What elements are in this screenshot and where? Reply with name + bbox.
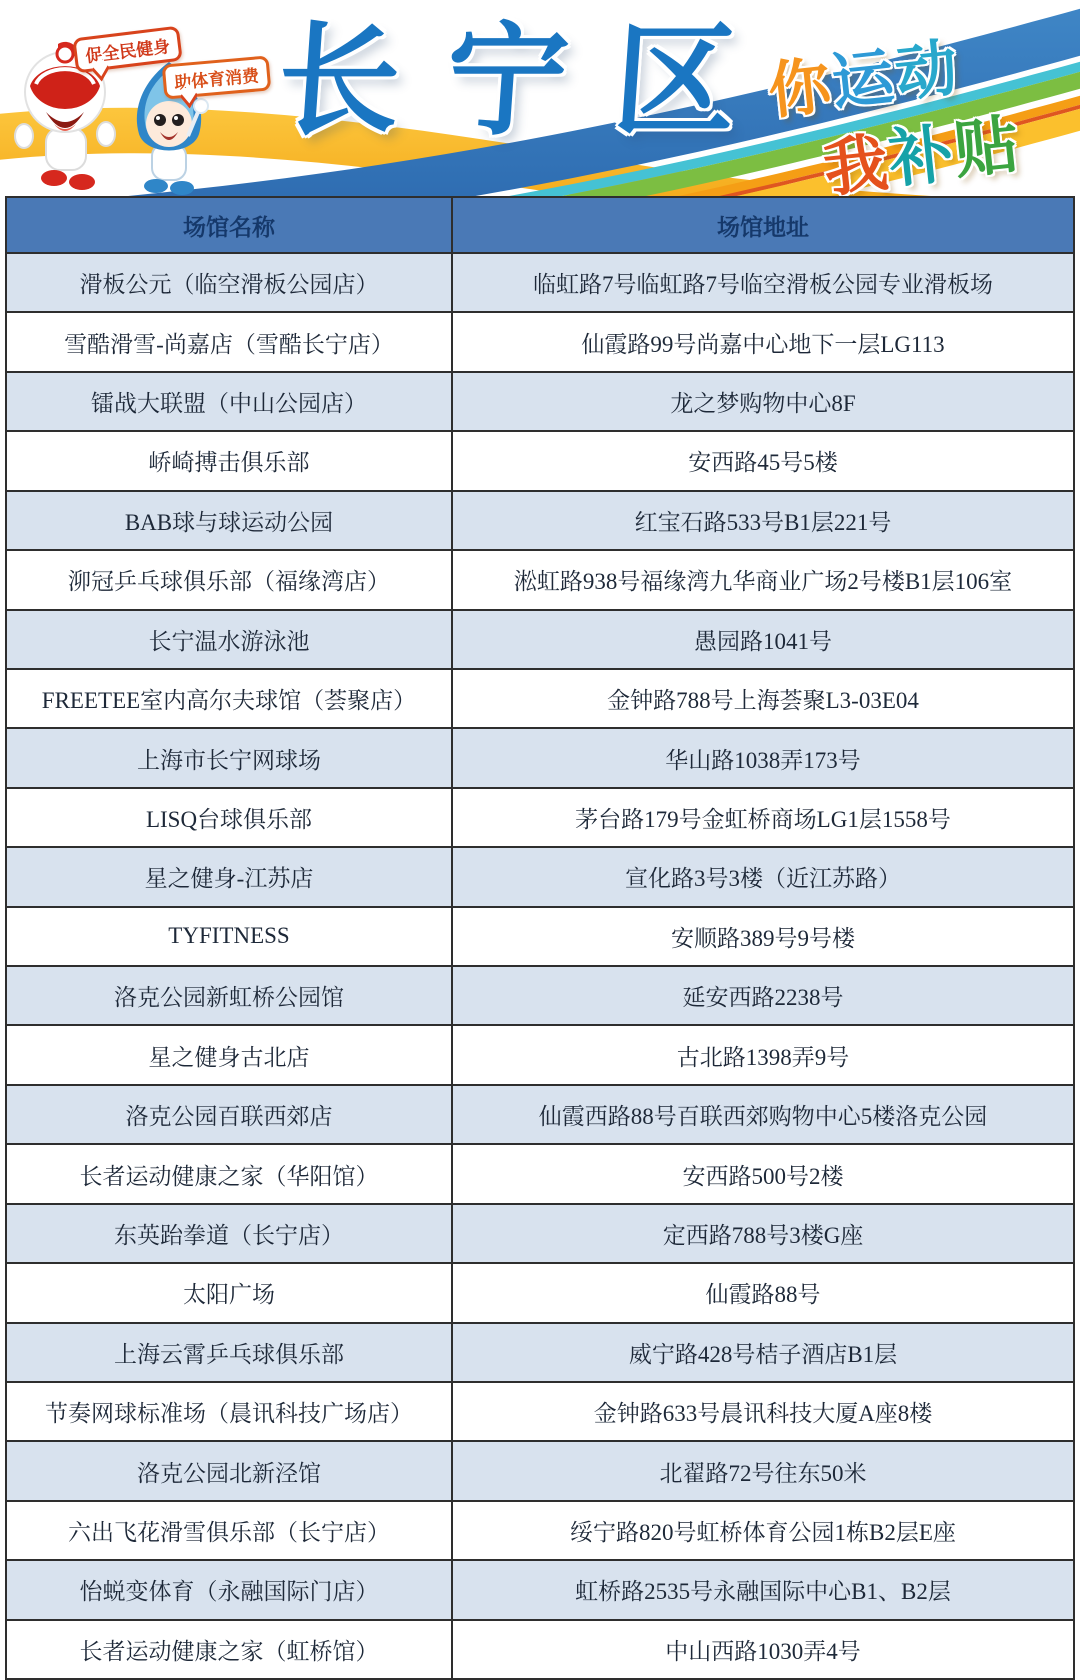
- table-row: 怡蜕变体育（永融国际门店） 虹桥路2535号永融国际中心B1、B2层: [7, 1559, 1073, 1618]
- table-row: BAB球与球运动公园 红宝石路533号B1层221号: [7, 490, 1073, 549]
- venue-name-cell: 六出飞花滑雪俱乐部（长宁店）: [7, 1502, 453, 1559]
- venue-address-cell: 虹桥路2535号永融国际中心B1、B2层: [453, 1561, 1073, 1618]
- venue-address-cell: 华山路1038弄173号: [453, 729, 1073, 786]
- venue-address-cell: 淞虹路938号福缘湾九华商业广场2号楼B1层106室: [453, 551, 1073, 608]
- table-row: LISQ台球俱乐部 茅台路179号金虹桥商场LG1层1558号: [7, 787, 1073, 846]
- venue-name-cell: 洛克公园北新泾馆: [7, 1442, 453, 1499]
- table-row: 滑板公元（临空滑板公园店） 临虹路7号临虹路7号临空滑板公园专业滑板场: [7, 252, 1073, 311]
- table-row: 峤崎搏击俱乐部 安西路45号5楼: [7, 430, 1073, 489]
- table-row: 长者运动健康之家（虹桥馆） 中山西路1030弄4号: [7, 1619, 1073, 1678]
- venue-name-cell: 长宁温水游泳池: [7, 611, 453, 668]
- table-row: 长者运动健康之家（华阳馆） 安西路500号2楼: [7, 1143, 1073, 1202]
- venue-name-cell: 长者运动健康之家（华阳馆）: [7, 1145, 453, 1202]
- table-row: 长宁温水游泳池 愚园路1041号: [7, 609, 1073, 668]
- banner: 促全民健身 助体育消费 长宁区 你运动 我补贴: [0, 0, 1080, 196]
- venue-name-cell: 泖冠乒乓球俱乐部（福缘湾店）: [7, 551, 453, 608]
- venue-address-cell: 金钟路633号晨讯科技大厦A座8楼: [453, 1383, 1073, 1440]
- slogan-char: 我: [819, 112, 892, 196]
- table-row: 东英跆拳道（长宁店） 定西路788号3楼G座: [7, 1203, 1073, 1262]
- venue-name-cell: 洛克公园百联西郊店: [7, 1086, 453, 1143]
- venue-address-cell: 绥宁路820号虹桥体育公园1栋B2层E座: [453, 1502, 1073, 1559]
- venue-address-cell: 仙霞路99号尚嘉中心地下一层LG113: [453, 313, 1073, 370]
- table-row: 雪酷滑雪-尚嘉店（雪酷长宁店） 仙霞路99号尚嘉中心地下一层LG113: [7, 311, 1073, 370]
- venue-table-body: 滑板公元（临空滑板公园店） 临虹路7号临虹路7号临空滑板公园专业滑板场 雪酷滑雪…: [7, 252, 1073, 1678]
- table-row: 节奏网球标准场（晨讯科技广场店） 金钟路633号晨讯科技大厦A座8楼: [7, 1381, 1073, 1440]
- venue-address-cell: 安西路45号5楼: [453, 432, 1073, 489]
- venue-name-cell: 太阳广场: [7, 1264, 453, 1321]
- venue-name-cell: 星之健身-江苏店: [7, 848, 453, 905]
- venue-address-cell: 北翟路72号往东50米: [453, 1442, 1073, 1499]
- venue-address-cell: 金钟路788号上海荟聚L3-03E04: [453, 670, 1073, 727]
- venue-name-cell: 峤崎搏击俱乐部: [7, 432, 453, 489]
- venue-name-cell: 星之健身古北店: [7, 1026, 453, 1083]
- venue-name-cell: TYFITNESS: [7, 908, 453, 965]
- venue-address-cell: 安顺路389号9号楼: [453, 908, 1073, 965]
- table-row: 洛克公园新虹桥公园馆 延安西路2238号: [7, 965, 1073, 1024]
- table-row: 洛克公园北新泾馆 北翟路72号往东50米: [7, 1440, 1073, 1499]
- venue-name-cell: 怡蜕变体育（永融国际门店）: [7, 1561, 453, 1618]
- venue-address-cell: 定西路788号3楼G座: [453, 1205, 1073, 1262]
- table-row: 太阳广场 仙霞路88号: [7, 1262, 1073, 1321]
- venue-name-cell: 上海云霄乒乓球俱乐部: [7, 1324, 453, 1381]
- table-row: 上海市长宁网球场 华山路1038弄173号: [7, 727, 1073, 786]
- venue-address-cell: 古北路1398弄9号: [453, 1026, 1073, 1083]
- venue-address-cell: 红宝石路533号B1层221号: [453, 492, 1073, 549]
- venue-name-cell: LISQ台球俱乐部: [7, 789, 453, 846]
- venue-address-cell: 仙霞路88号: [453, 1264, 1073, 1321]
- venue-address-cell: 茅台路179号金虹桥商场LG1层1558号: [453, 789, 1073, 846]
- table-row: 星之健身古北店 古北路1398弄9号: [7, 1024, 1073, 1083]
- venue-address-cell: 临虹路7号临虹路7号临空滑板公园专业滑板场: [453, 254, 1073, 311]
- venue-name-cell: 滑板公元（临空滑板公园店）: [7, 254, 453, 311]
- table-row: 星之健身-江苏店 宣化路3号3楼（近江苏路）: [7, 846, 1073, 905]
- slogan-char: 贴: [949, 93, 1022, 191]
- venue-name-cell: 雪酷滑雪-尚嘉店（雪酷长宁店）: [7, 313, 453, 370]
- slogan-char: 补: [884, 102, 957, 196]
- venue-table-header: 场馆名称 场馆地址: [7, 198, 1073, 252]
- slogan-char: 运: [827, 27, 898, 122]
- venue-address-cell: 安西路500号2楼: [453, 1145, 1073, 1202]
- venue-name-cell: 镭战大联盟（中山公园店）: [7, 373, 453, 430]
- venue-address-cell: 威宁路428号桔子酒店B1层: [453, 1324, 1073, 1381]
- header-venue-name: 场馆名称: [7, 198, 453, 252]
- venue-name-cell: 上海市长宁网球场: [7, 729, 453, 786]
- table-row: 洛克公园百联西郊店 仙霞西路88号百联西郊购物中心5楼洛克公园: [7, 1084, 1073, 1143]
- venue-address-cell: 宣化路3号3楼（近江苏路）: [453, 848, 1073, 905]
- venue-name-cell: 东英跆拳道（长宁店）: [7, 1205, 453, 1262]
- district-title: 长宁区: [273, 14, 786, 148]
- venue-name-cell: 长者运动健康之家（虹桥馆）: [7, 1621, 453, 1678]
- venue-address-cell: 仙霞西路88号百联西郊购物中心5楼洛克公园: [453, 1086, 1073, 1143]
- venue-name-cell: 洛克公园新虹桥公园馆: [7, 967, 453, 1024]
- table-row: FREETEE室内高尔夫球馆（荟聚店） 金钟路788号上海荟聚L3-03E04: [7, 668, 1073, 727]
- venue-table: 场馆名称 场馆地址 滑板公元（临空滑板公园店） 临虹路7号临虹路7号临空滑板公园…: [5, 196, 1075, 1680]
- venue-name-cell: 节奏网球标准场（晨讯科技广场店）: [7, 1383, 453, 1440]
- slogan-char: 你: [763, 36, 834, 131]
- venue-name-cell: FREETEE室内高尔夫球馆（荟聚店）: [7, 670, 453, 727]
- venue-address-cell: 延安西路2238号: [453, 967, 1073, 1024]
- venue-address-cell: 龙之梦购物中心8F: [453, 373, 1073, 430]
- table-row: 六出飞花滑雪俱乐部（长宁店） 绥宁路820号虹桥体育公园1栋B2层E座: [7, 1500, 1073, 1559]
- table-row: 泖冠乒乓球俱乐部（福缘湾店） 淞虹路938号福缘湾九华商业广场2号楼B1层106…: [7, 549, 1073, 608]
- header-venue-address: 场馆地址: [453, 198, 1073, 252]
- table-row: 上海云霄乒乓球俱乐部 威宁路428号桔子酒店B1层: [7, 1322, 1073, 1381]
- slogan-logo: 你运动 我补贴: [761, 10, 1025, 196]
- venue-address-cell: 愚园路1041号: [453, 611, 1073, 668]
- venue-address-cell: 中山西路1030弄4号: [453, 1621, 1073, 1678]
- table-row: TYFITNESS 安顺路389号9号楼: [7, 906, 1073, 965]
- venue-name-cell: BAB球与球运动公园: [7, 492, 453, 549]
- table-row: 镭战大联盟（中山公园店） 龙之梦购物中心8F: [7, 371, 1073, 430]
